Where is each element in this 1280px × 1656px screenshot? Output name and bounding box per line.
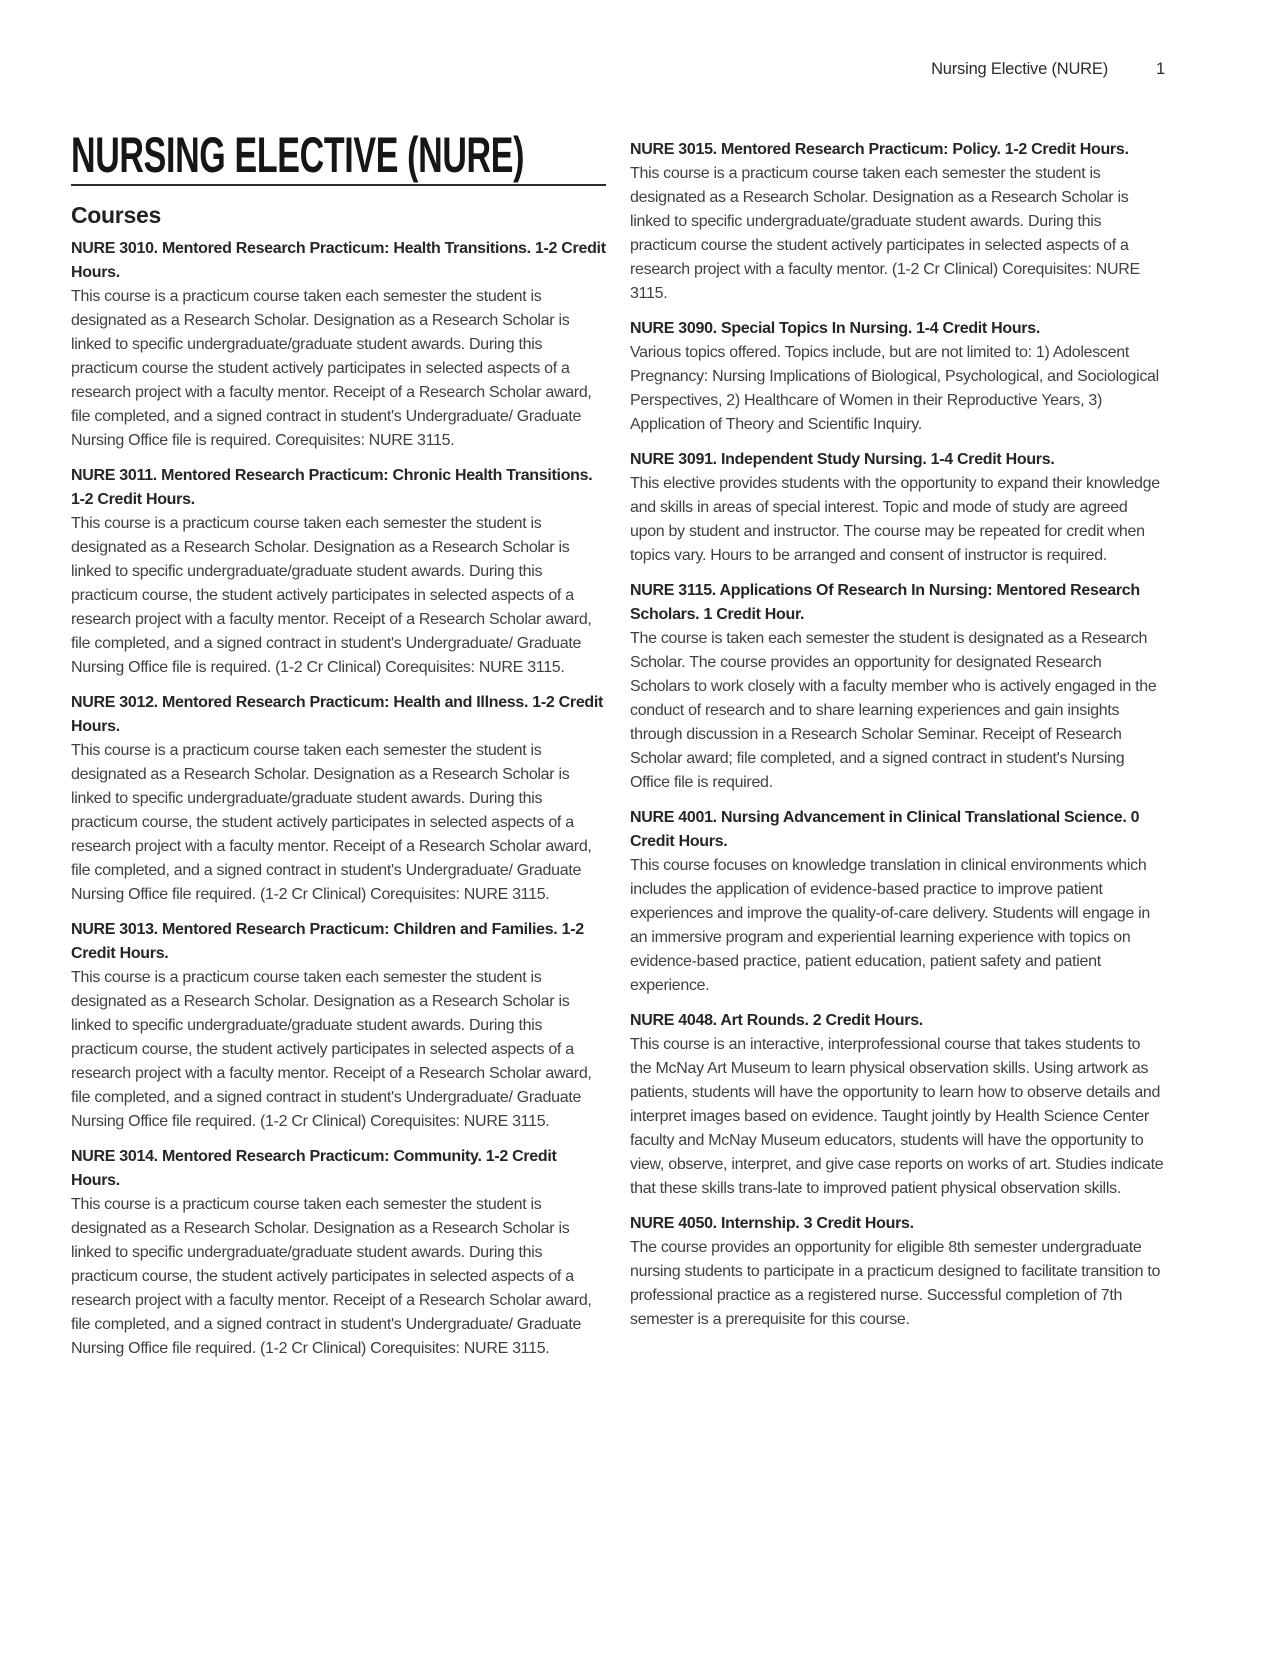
course-heading: NURE 3015. Mentored Research Practicum: … (630, 138, 1165, 162)
course-description: The course provides an opportunity for e… (630, 1236, 1165, 1332)
left-column: NURSING ELECTIVE (NURE) Courses NURE 301… (71, 133, 606, 1372)
title-block: NURSING ELECTIVE (NURE) (71, 133, 606, 186)
course-entry-nure-3090: NURE 3090. Special Topics In Nursing. 1-… (630, 317, 1165, 437)
page-title: NURSING ELECTIVE (NURE) (71, 133, 435, 177)
right-column: NURE 3015. Mentored Research Practicum: … (630, 133, 1165, 1372)
course-description: This course is a practicum course taken … (71, 966, 606, 1134)
course-entry-nure-3115: NURE 3115. Applications Of Research In N… (630, 579, 1165, 795)
course-entry-nure-3015: NURE 3015. Mentored Research Practicum: … (630, 138, 1165, 306)
course-description: This course is a practicum course taken … (71, 739, 606, 907)
running-header-title: Nursing Elective (NURE) (931, 60, 1108, 79)
course-description: This course focuses on knowledge transla… (630, 854, 1165, 998)
course-entry-nure-3013: NURE 3013. Mentored Research Practicum: … (71, 918, 606, 1134)
course-heading: NURE 3012. Mentored Research Practicum: … (71, 691, 606, 739)
course-heading: NURE 3115. Applications Of Research In N… (630, 579, 1165, 627)
course-entry-nure-3014: NURE 3014. Mentored Research Practicum: … (71, 1145, 606, 1361)
course-description: This course is a practicum course taken … (71, 512, 606, 680)
course-entry-nure-3091: NURE 3091. Independent Study Nursing. 1-… (630, 448, 1165, 568)
course-heading: NURE 3010. Mentored Research Practicum: … (71, 237, 606, 285)
course-description: This course is a practicum course taken … (71, 285, 606, 453)
course-heading: NURE 3014. Mentored Research Practicum: … (71, 1145, 606, 1193)
course-description: This course is a practicum course taken … (630, 162, 1165, 306)
course-entry-nure-3010: NURE 3010. Mentored Research Practicum: … (71, 237, 606, 453)
course-heading: NURE 3090. Special Topics In Nursing. 1-… (630, 317, 1165, 341)
course-description: This course is an interactive, interprof… (630, 1033, 1165, 1201)
course-entry-nure-4050: NURE 4050. Internship. 3 Credit Hours. T… (630, 1212, 1165, 1332)
running-header: Nursing Elective (NURE) 1 (71, 60, 1165, 79)
content-columns: NURSING ELECTIVE (NURE) Courses NURE 301… (71, 133, 1165, 1372)
course-entry-nure-3012: NURE 3012. Mentored Research Practicum: … (71, 691, 606, 907)
course-description: Various topics offered. Topics include, … (630, 341, 1165, 437)
course-entry-nure-3011: NURE 3011. Mentored Research Practicum: … (71, 464, 606, 680)
course-description: This elective provides students with the… (630, 472, 1165, 568)
course-heading: NURE 4050. Internship. 3 Credit Hours. (630, 1212, 1165, 1236)
courses-section-heading: Courses (71, 202, 606, 228)
catalog-page: Nursing Elective (NURE) 1 NURSING ELECTI… (0, 0, 1280, 1656)
course-description: The course is taken each semester the st… (630, 627, 1165, 795)
course-heading: NURE 4001. Nursing Advancement in Clinic… (630, 806, 1165, 854)
course-heading: NURE 4048. Art Rounds. 2 Credit Hours. (630, 1009, 1165, 1033)
course-heading: NURE 3011. Mentored Research Practicum: … (71, 464, 606, 512)
course-description: This course is a practicum course taken … (71, 1193, 606, 1361)
course-heading: NURE 3013. Mentored Research Practicum: … (71, 918, 606, 966)
page-number: 1 (1156, 60, 1165, 79)
course-entry-nure-4001: NURE 4001. Nursing Advancement in Clinic… (630, 806, 1165, 998)
course-heading: NURE 3091. Independent Study Nursing. 1-… (630, 448, 1165, 472)
course-entry-nure-4048: NURE 4048. Art Rounds. 2 Credit Hours. T… (630, 1009, 1165, 1201)
